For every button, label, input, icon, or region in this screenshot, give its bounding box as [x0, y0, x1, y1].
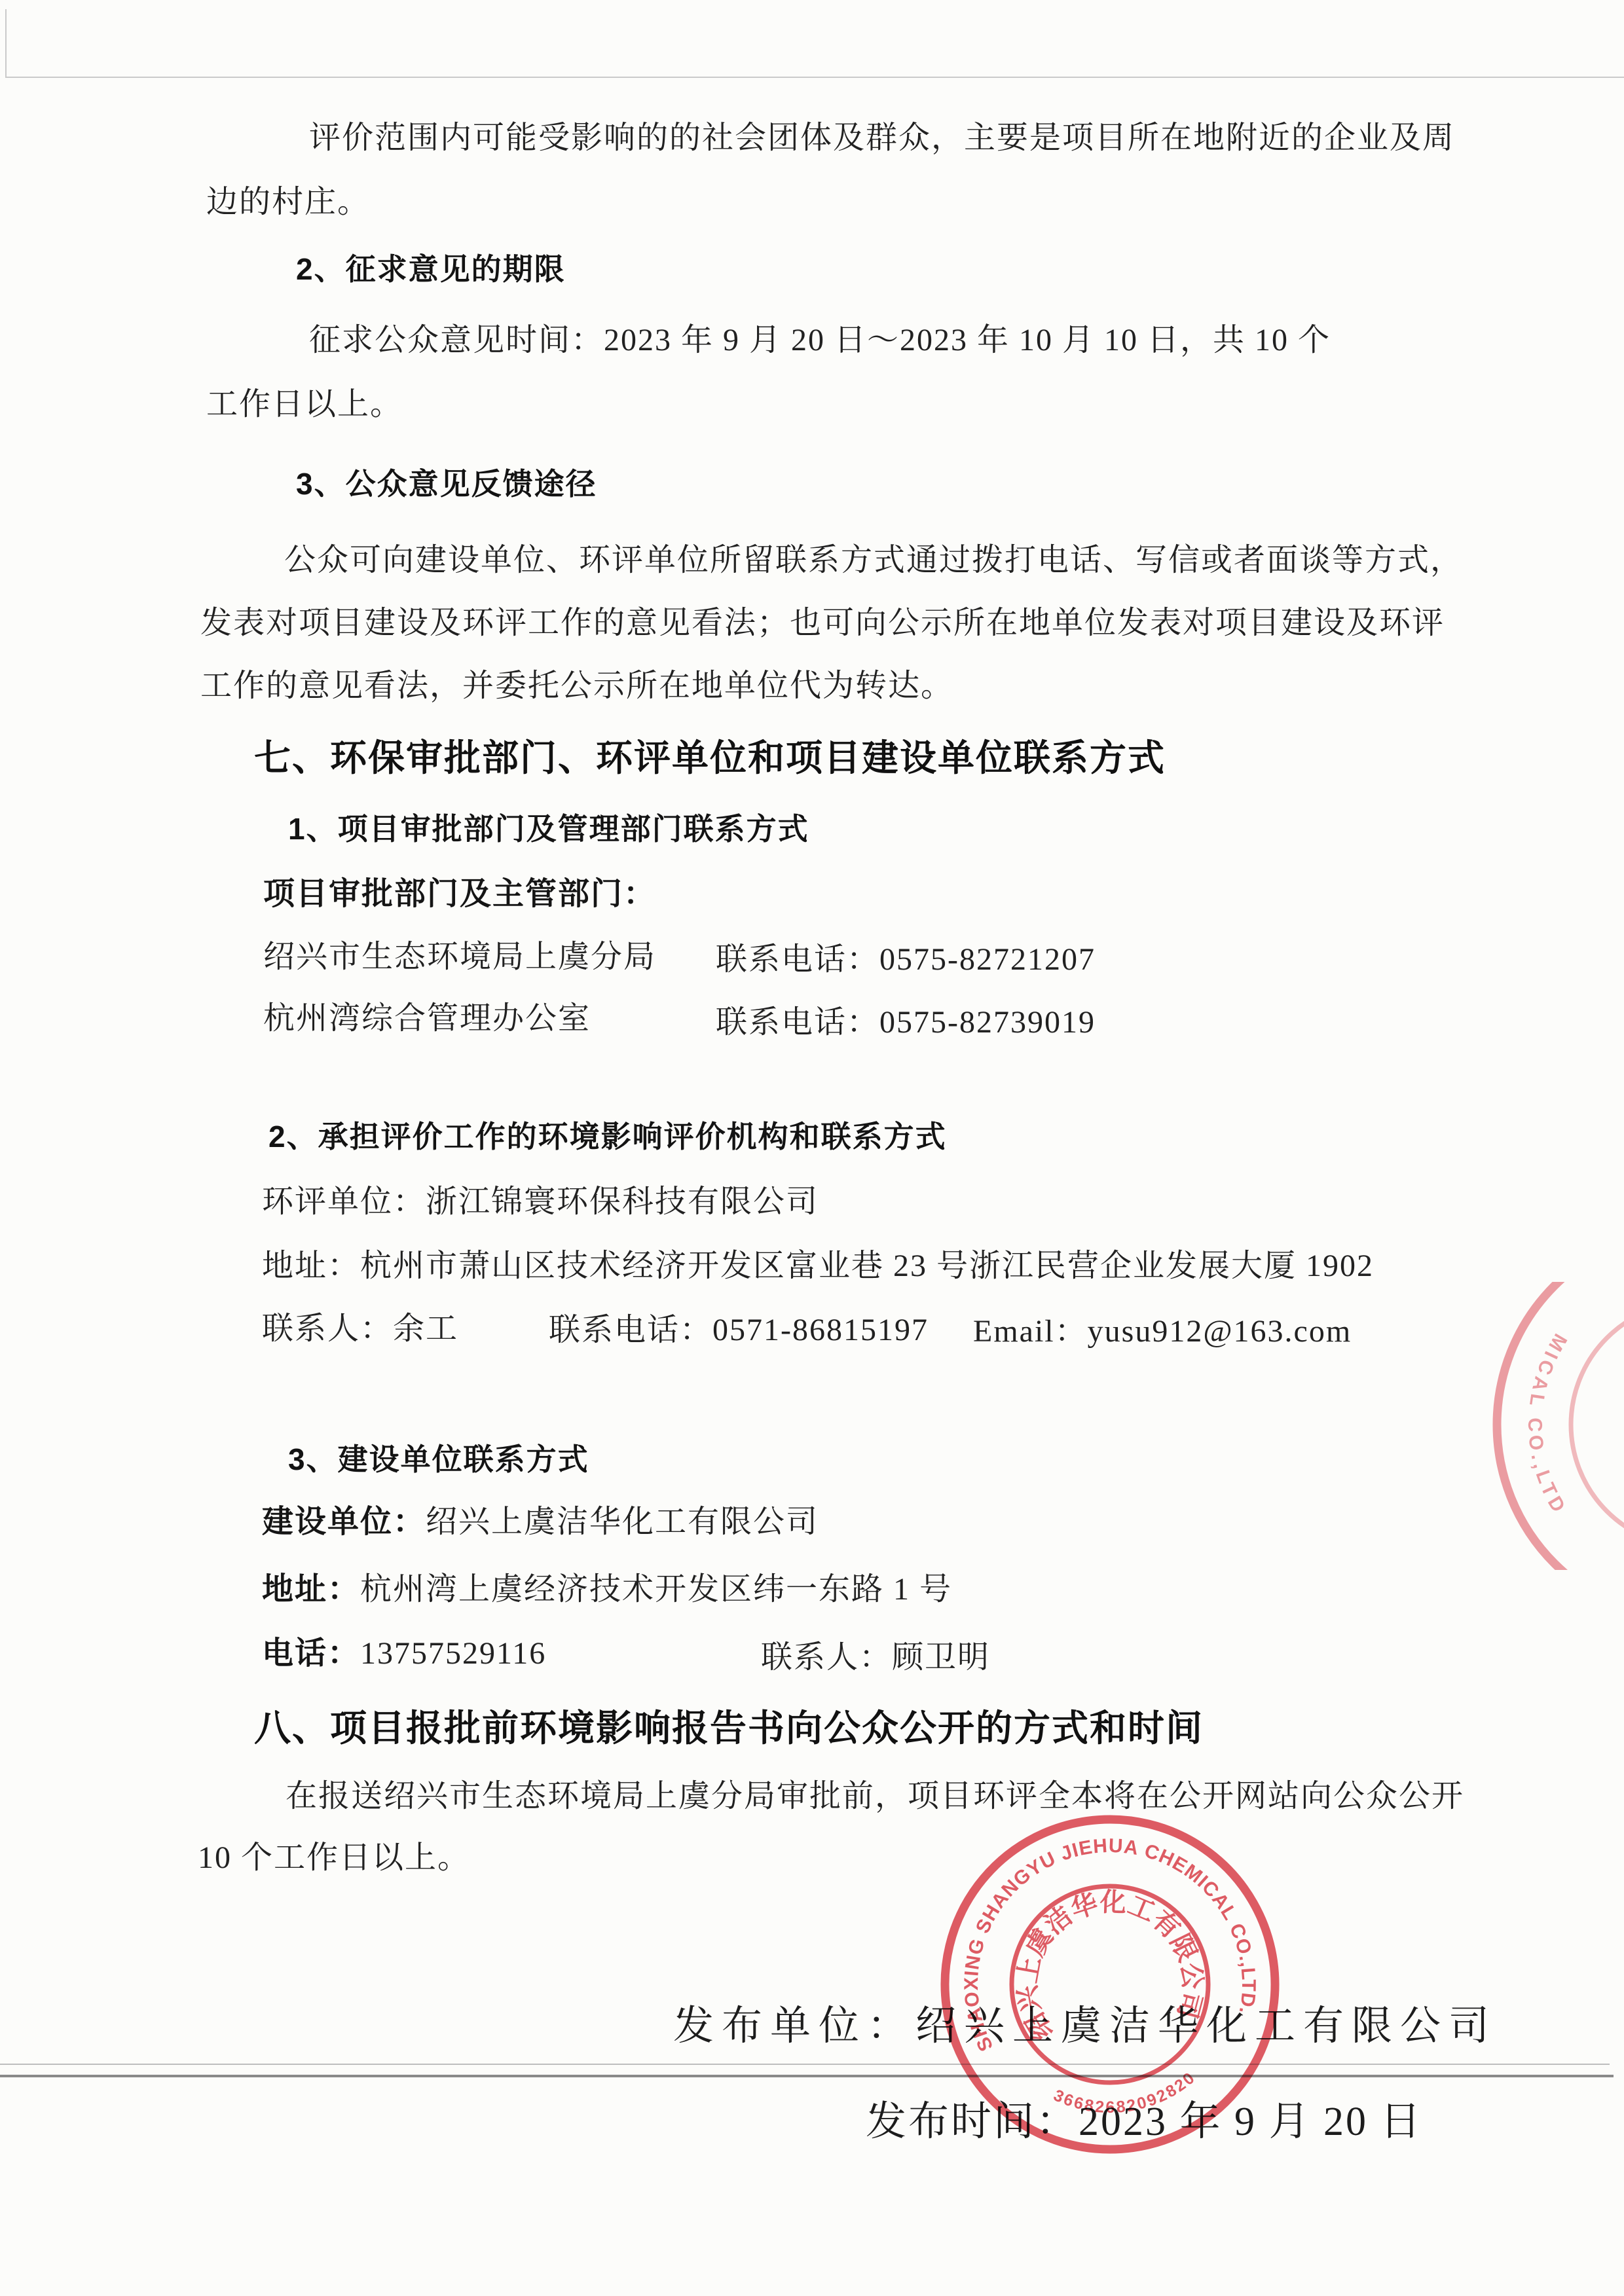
approval-dept2-phone: 联系电话：0575-82739019 — [716, 1004, 1096, 1040]
builder-phone-label: 电话： — [262, 1636, 360, 1671]
intro-paragraph-line2: 边的村庄。 — [206, 184, 370, 220]
builder-unit-line: 建设单位：绍兴上虞洁华化工有限公司 — [262, 1504, 819, 1540]
footer-divider-light — [0, 2064, 1610, 2065]
section7-sub3-heading: 3、建设单位联系方式 — [288, 1442, 589, 1477]
approval-dept-label: 项目审批部门及主管部门： — [263, 876, 656, 912]
section8-heading: 八、项目报批前环境影响报告书向公众公开的方式和时间 — [254, 1707, 1204, 1749]
builder-unit-label: 建设单位： — [262, 1504, 426, 1539]
seal-english-text: SHAOXING SHANGYU JIEHUA CHEMICAL CO.,LTD… — [941, 1815, 1265, 2056]
scanned-document-page: 评价范围内可能受影响的的社会团体及群众，主要是项目所在地附近的企业及周 边的村庄… — [0, 0, 1624, 2296]
builder-contact-person: 联系人：顾卫明 — [761, 1639, 990, 1675]
builder-address-line: 地址：杭州湾上虞经济技术开发区纬一东路 1 号 — [262, 1571, 952, 1607]
builder-address-value: 杭州湾上虞经济技术开发区纬一东路 1 号 — [360, 1572, 952, 1607]
builder-address-label: 地址： — [262, 1572, 360, 1607]
section7-heading: 七、环保审批部门、环评单位和项目建设单位联系方式 — [254, 737, 1166, 779]
footer-divider-dark — [0, 2075, 1614, 2077]
seal-chinese-text: 绍兴上虞洁华化工有限公司 — [1001, 1875, 1213, 2047]
company-seal-stamp: SHAOXING SHANGYU JIEHUA CHEMICAL CO.,LTD… — [930, 1804, 1290, 2164]
section3-heading: 3、公众意见反馈途径 — [296, 467, 597, 501]
approval-dept1-name: 绍兴市生态环境局上虞分局 — [263, 939, 656, 975]
section2-body-line2: 工作日以上。 — [206, 386, 403, 422]
section3-body-line3: 工作的意见看法，并委托公示所在地单位代为转达。 — [200, 668, 953, 704]
builder-phone-value: 13757529116 — [360, 1636, 546, 1671]
eia-contact-phone: 联系电话：0571-86815197 — [549, 1312, 929, 1348]
section3-body-line1: 公众可向建设单位、环评单位所留联系方式通过拨打电话、写信或者面谈等方式， — [284, 542, 1463, 578]
approval-dept2-name: 杭州湾综合管理办公室 — [263, 1000, 591, 1036]
top-edge-artifact-line — [5, 77, 1624, 78]
section2-heading: 2、征求意见的期限 — [296, 252, 566, 287]
intro-paragraph-line1: 评价范围内可能受影响的的社会团体及群众，主要是项目所在地附近的企业及周 — [309, 120, 1455, 156]
approval-dept1-phone: 联系电话：0575-82721207 — [716, 941, 1096, 977]
section2-body-line1: 征求公众意见时间：2023 年 9 月 20 日～2023 年 10 月 10 … — [309, 322, 1331, 358]
section8-body-line2: 10 个工作日以上。 — [198, 1840, 470, 1876]
eia-address-line: 地址：杭州市萧山区技术经济开发区富业巷 23 号浙江民营企业发展大厦 1902 — [262, 1248, 1374, 1284]
eia-contact-email: Email：yusu912@163.com — [973, 1313, 1352, 1349]
left-edge-artifact-line — [5, 9, 7, 78]
section3-body-line2: 发表对项目建设及环评工作的意见看法；也可向公示所在地单位发表对项目建设及环评 — [200, 605, 1445, 641]
edge-seal-inner-ring — [1571, 1302, 1624, 1547]
edge-seal-text: MICAL CO.,LTD — [1524, 1330, 1571, 1519]
section7-sub2-heading: 2、承担评价工作的环境影响评价机构和联系方式 — [268, 1120, 947, 1154]
edge-seal-outer-ring — [1497, 1282, 1624, 1570]
builder-phone-line: 电话：13757529116 — [262, 1635, 546, 1671]
section7-sub1-heading: 1、项目审批部门及管理部门联系方式 — [288, 812, 809, 847]
eia-contact-person: 联系人：余工 — [262, 1311, 458, 1347]
edge-seal-fragment: MICAL CO.,LTD — [1477, 1282, 1624, 1570]
builder-unit-value: 绍兴上虞洁华化工有限公司 — [426, 1504, 819, 1539]
eia-unit-line: 环评单位：浙江锦寰环保科技有限公司 — [262, 1184, 819, 1220]
